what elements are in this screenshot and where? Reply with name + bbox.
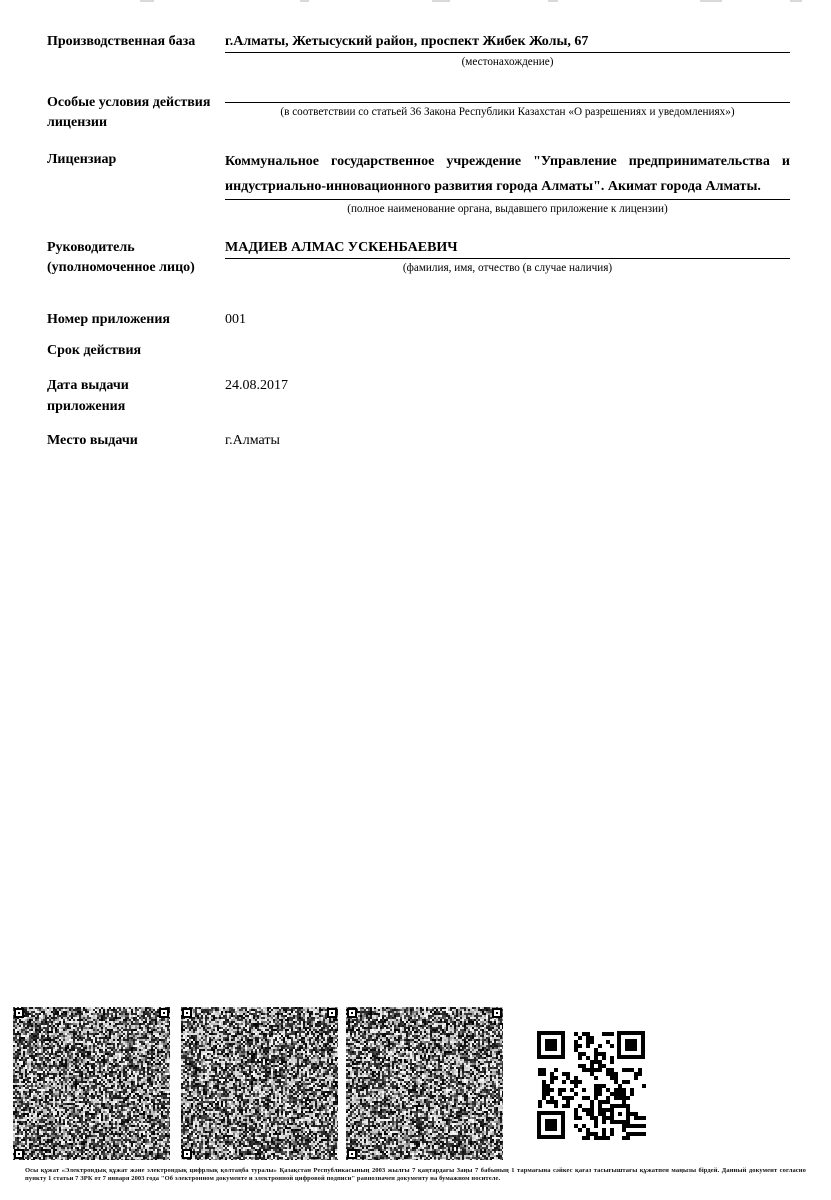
field-label: Номер приложения (47, 310, 225, 330)
field-row-attachment-number: Номер приложения 001 (47, 310, 790, 330)
field-value-blank-line (225, 93, 790, 103)
field-label: Место выдачи (47, 431, 225, 451)
field-value: 001 (225, 310, 790, 330)
digital-signature-stamps (13, 1007, 818, 1160)
field-row-production-base: Производственная база г.Алматы, Жетысуск… (47, 32, 790, 69)
field-row-head: Руководитель (уполномоченное лицо) МАДИЕ… (47, 238, 790, 279)
field-label: Лицензиар (47, 150, 225, 170)
field-caption: (фамилия, имя, отчество (в случае наличи… (225, 259, 790, 275)
field-row-licensor: Лицензиар Коммунальное государственное у… (47, 150, 790, 216)
field-value: Коммунальное государственное учреждение … (225, 150, 790, 200)
field-value (225, 341, 790, 360)
signature-noise-barcode-2 (181, 1007, 338, 1160)
field-row-issue-place: Место выдачи г.Алматы (47, 431, 790, 451)
field-row-validity-period: Срок действия (47, 341, 790, 361)
field-label: Срок действия (47, 341, 225, 361)
signature-noise-barcode-1 (13, 1007, 170, 1160)
field-caption: (местонахождение) (225, 53, 790, 69)
field-row-issue-date: Дата выдачи приложения 24.08.2017 (47, 376, 790, 417)
legal-footer-text: Осы құжат «Электрондық құжат және электр… (25, 1167, 806, 1184)
qr-code (537, 1031, 647, 1141)
field-value: г.Алматы, Жетысуский район, проспект Жиб… (225, 32, 790, 53)
field-row-special-conditions: Особые условия действия лицензии (в соот… (47, 93, 790, 134)
field-caption: (полное наименование органа, выдавшего п… (225, 200, 790, 216)
field-caption: (в соответствии со статьей 36 Закона Рес… (225, 103, 790, 119)
fields-section: Производственная база г.Алматы, Жетысуск… (47, 32, 790, 451)
field-label: Руководитель (уполномоченное лицо) (47, 238, 225, 279)
signature-noise-barcode-3 (346, 1007, 503, 1160)
field-label: Производственная база (47, 32, 225, 52)
page-top-cropped-text-artifact (0, 0, 831, 4)
field-value: МАДИЕВ АЛМАС УСКЕНБАЕВИЧ (225, 238, 790, 259)
field-value: 24.08.2017 (225, 376, 790, 396)
field-value: г.Алматы (225, 431, 790, 451)
field-label: Особые условия действия лицензии (47, 93, 225, 134)
field-label: Дата выдачи приложения (47, 376, 165, 417)
license-attachment-page: Производственная база г.Алматы, Жетысуск… (0, 0, 831, 1200)
